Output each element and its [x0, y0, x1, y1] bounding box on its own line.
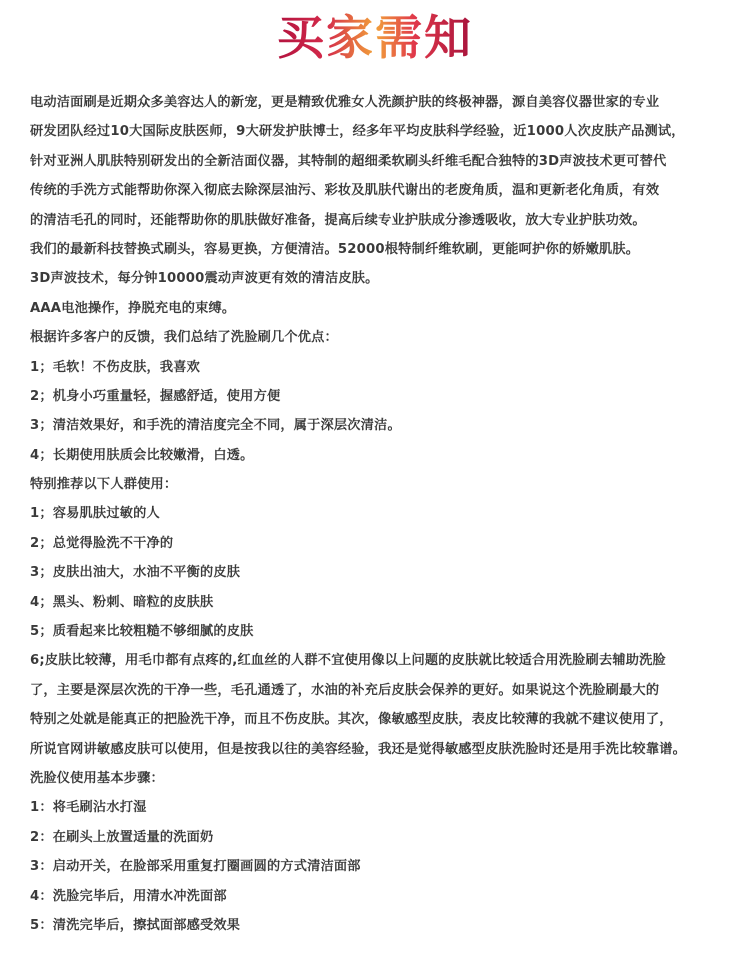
title-banner: 买家需知 — [0, 8, 750, 70]
recommended-item: 5；质看起来比较粗糙不够细腻的皮肤 — [30, 617, 750, 646]
intro-line: 针对亚洲人肌肤特别研发出的全新洁面仪器，其特制的超细柔软刷头纤维毛配合独特的3D… — [30, 147, 750, 176]
advantage-item: 1；毛软！不伤皮肤，我喜欢 — [30, 353, 750, 382]
recommended-item: 3；皮肤出油大，水油不平衡的皮肤 — [30, 558, 750, 587]
recommended-section: 特别推荐以下人群使用： 1；容易肌肤过敏的人 2；总觉得脸洗不干净的 3；皮肤出… — [30, 470, 750, 764]
recommended-note-line: 了，主要是深层次洗的干净一些，毛孔通透了，水油的补充后皮肤会保养的更好。如果说这… — [30, 676, 750, 705]
recommended-item: 1；容易肌肤过敏的人 — [30, 499, 750, 528]
step-item: 5：清洗完毕后，擦拭面部感受效果 — [30, 911, 750, 940]
recommended-note-line: 所说官网讲敏感皮肤可以使用，但是按我以往的美容经验，我还是觉得敏感型皮肤洗脸时还… — [30, 735, 750, 764]
recommended-heading: 特别推荐以下人群使用： — [30, 470, 750, 499]
intro-line: AAA电池操作，挣脱充电的束缚。 — [30, 294, 750, 323]
advantage-item: 2；机身小巧重量轻，握感舒适，使用方便 — [30, 382, 750, 411]
steps-section: 洗脸仪使用基本步骤： 1：将毛刷沾水打湿 2：在刷头上放置适量的洗面奶 3：启动… — [30, 764, 750, 940]
recommended-item: 4；黑头、粉刺、暗粒的皮肤肤 — [30, 588, 750, 617]
recommended-note-line: 特别之处就是能真正的把脸洗干净，而且不伤皮肤。其次，像敏感型皮肤，表皮比较薄的我… — [30, 705, 750, 734]
intro-line: 的清洁毛孔的同时，还能帮助你的肌肤做好准备，提高后续专业护肤成分渗透吸收，放大专… — [30, 206, 750, 235]
intro-line: 传统的手洗方式能帮助你深入彻底去除深层油污、彩妆及肌肤代谢出的老废角质，温和更新… — [30, 176, 750, 205]
recommended-item: 2；总觉得脸洗不干净的 — [30, 529, 750, 558]
step-item: 4：洗脸完毕后，用清水冲洗面部 — [30, 882, 750, 911]
step-item: 2：在刷头上放置适量的洗面奶 — [30, 823, 750, 852]
intro-line: 研发团队经过10大国际皮肤医师，9大研发护肤博士，经多年平均皮肤科学经验，近10… — [30, 117, 750, 146]
recommended-note-line: 6;皮肤比较薄，用毛巾都有点疼的,红血丝的人群不宜使用像以上问题的皮肤就比较适合… — [30, 646, 750, 675]
intro-line: 3D声波技术，每分钟10000震动声波更有效的清洁皮肤。 — [30, 264, 750, 293]
step-item: 3：启动开关，在脸部采用重复打圈画圆的方式清洁面部 — [30, 852, 750, 881]
step-item: 1：将毛刷沾水打湿 — [30, 793, 750, 822]
advantages-heading: 根据许多客户的反馈，我们总结了洗脸刷几个优点： — [30, 323, 750, 352]
advantages-section: 根据许多客户的反馈，我们总结了洗脸刷几个优点： 1；毛软！不伤皮肤，我喜欢 2；… — [30, 323, 750, 470]
page-title: 买家需知 — [277, 8, 473, 70]
advantage-item: 3；清洁效果好，和手洗的清洁度完全不同，属于深层次清洁。 — [30, 411, 750, 440]
buyer-notice-content: 电动洁面刷是近期众多美容达人的新宠，更是精致优雅女人洗颜护肤的终极神器，源自美容… — [30, 88, 750, 940]
steps-heading: 洗脸仪使用基本步骤： — [30, 764, 750, 793]
intro-line: 电动洁面刷是近期众多美容达人的新宠，更是精致优雅女人洗颜护肤的终极神器，源自美容… — [30, 88, 750, 117]
intro-section: 电动洁面刷是近期众多美容达人的新宠，更是精致优雅女人洗颜护肤的终极神器，源自美容… — [30, 88, 750, 323]
intro-line: 我们的最新科技替换式刷头，容易更换，方便清洁。52000根特制纤维软刷，更能呵护… — [30, 235, 750, 264]
advantage-item: 4；长期使用肤质会比较嫩滑，白透。 — [30, 441, 750, 470]
